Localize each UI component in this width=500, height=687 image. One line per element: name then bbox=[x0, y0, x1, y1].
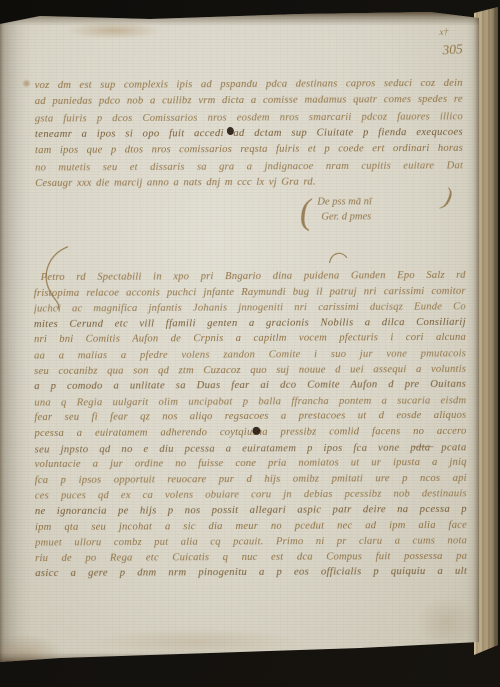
manuscript-text-line: a p comodo a unlitate sa Duas fear ai dc… bbox=[34, 377, 466, 395]
page-content: x† 305 voz dm est sup complexis ipis ad … bbox=[0, 9, 481, 665]
docket-open-paren: ( bbox=[298, 190, 313, 233]
ink-blot bbox=[227, 127, 234, 135]
book-photo: x† 305 voz dm est sup complexis ipis ad … bbox=[0, 0, 500, 687]
ink-blot bbox=[252, 427, 260, 435]
act-paragraph: Petro rd Spectabili in xpo pri Bngario d… bbox=[34, 268, 468, 582]
manuscript-text-line: Cesaugr xxx die marcij anno a nats dnj m… bbox=[35, 174, 373, 192]
pen-curl-flourish bbox=[328, 249, 350, 264]
docket-line: De pss mā nī bbox=[317, 195, 445, 210]
manuscript-text-line: asicc a gere p dnm nrm pinogenitu a p eo… bbox=[35, 564, 467, 582]
letter-paragraph: voz dm est sup complexis ipis ad pspandu… bbox=[35, 76, 464, 193]
chancery-docket: De pss mā nī Ger. d pmes bbox=[317, 195, 445, 225]
manuscript-text-line: fristopima relacoe acconis puchci jnfant… bbox=[34, 283, 466, 301]
manuscript-text-line: ipm qta seu jncohat a sic dia meur no pc… bbox=[35, 517, 467, 535]
folio-number: 305 bbox=[442, 41, 463, 58]
docket-line: Ger. d pmes bbox=[317, 209, 445, 224]
manuscript-text-line: no mutetis seu et dissaris sa gra a jndi… bbox=[35, 158, 463, 177]
manuscript-text-line: tam ipos que p dtos nros comissarios req… bbox=[35, 141, 463, 160]
manuscript-text-line: nri bni Comitis Aufon de Crpnis a capitl… bbox=[34, 330, 466, 348]
manuscript-text-line: ad puniedas pdco nob a cuilibz vrm dicta… bbox=[35, 92, 463, 111]
manuscript-text-line: pcessa a euiratamem adherendo coytqiusna… bbox=[34, 424, 466, 442]
corner-cross-mark: x† bbox=[439, 28, 448, 38]
manuscript-text-line: fca p ipsos opportuit reuocare pur d hij… bbox=[35, 471, 467, 489]
manuscript-page: x† 305 voz dm est sup complexis ipis ad … bbox=[0, 10, 479, 664]
